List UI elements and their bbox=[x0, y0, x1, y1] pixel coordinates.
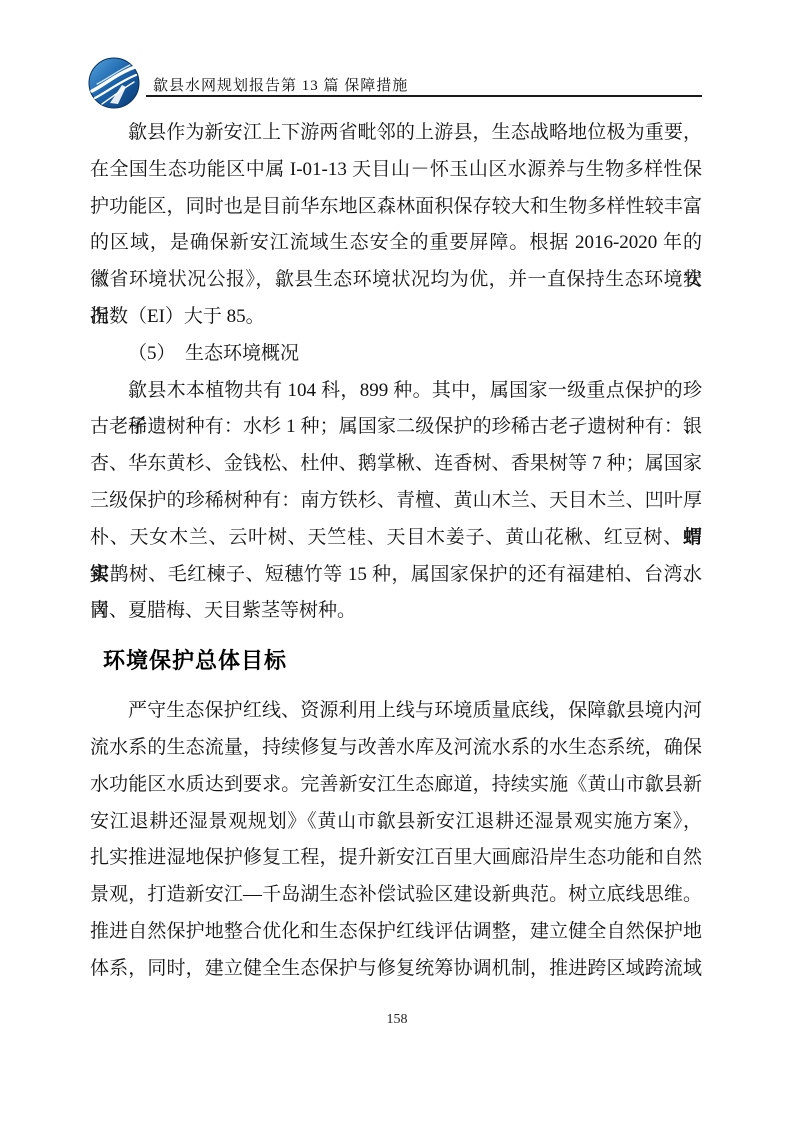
text-line: 歙县木本植物共有 104 科，899 种。其中，属国家一级重点保护的珍稀、 bbox=[90, 373, 702, 410]
text-line: 古老孑遗树种有：水杉 1 种；属国家二级保护的珍稀古老孑遗树种有：银 bbox=[90, 409, 702, 446]
text-line: 银鹊树、毛红楝子、短穗竹等 15 种，属国家保护的还有福建柏、台湾水青 bbox=[90, 557, 702, 594]
list-item-heading: （5） 生态环境概况 bbox=[90, 336, 702, 373]
text-line: 体系，同时，建立健全生态保护与修复统筹协调机制，推进跨区域跨流域 bbox=[90, 951, 702, 988]
page-header: 歙县水网规划报告第 13 篇 保障措施 bbox=[0, 0, 794, 112]
text-line: 推进自然保护地整合优化和生态保护红线评估调整，建立健全自然保护地 bbox=[90, 914, 702, 951]
text-line: 杏、华东黄杉、金钱松、杜仲、鹅掌楸、连香树、香果树等 7 种；属国家 bbox=[90, 446, 702, 483]
text-line: 安江退耕还湿景观规划》《黄山市歙县新安江退耕还湿景观实施方案》， bbox=[90, 804, 702, 841]
page-footer: 158 bbox=[0, 1012, 794, 1028]
text-line: 水功能区水质达到要求。完善新安江生态廊道，持续实施《黄山市歙县新 bbox=[90, 767, 702, 804]
text-line: 护功能区，同时也是目前华东地区森林面积保存较大和生物多样性较丰富 bbox=[90, 189, 702, 226]
text-line: 冈、夏腊梅、天目紫茎等树种。 bbox=[90, 593, 702, 630]
document-body: 歙县作为新安江上下游两省毗邻的上游县，生态战略地位极为重要，在全国生态功能区中属… bbox=[90, 115, 702, 988]
document-page: 歙县水网规划报告第 13 篇 保障措施 歙县作为新安江上下游两省毗邻的上游县，生… bbox=[0, 0, 794, 1122]
text-line: 的区域，是确保新安江流域生态安全的重要屏障。根据 2016-2020 年的《安 bbox=[90, 225, 702, 262]
water-network-logo bbox=[88, 57, 140, 109]
report-header-title: 歙县水网规划报告第 13 篇 保障措施 bbox=[153, 74, 408, 95]
text-line: 徽省环境状况公报》，歙县生态环境状况均为优，并一直保持生态环境状况 bbox=[90, 262, 702, 299]
page-number: 158 bbox=[387, 1012, 408, 1027]
text-line: 歙县作为新安江上下游两省毗邻的上游县，生态战略地位极为重要， bbox=[90, 115, 702, 152]
text-line: 流水系的生态流量，持续修复与改善水库及河流水系的水生态系统，确保 bbox=[90, 730, 702, 767]
text-line: 朴、天女木兰、云叶树、天竺桂、天目木姜子、黄山花楸、红豆树、蝟实、 bbox=[90, 520, 702, 557]
paragraph: 歙县木本植物共有 104 科，899 种。其中，属国家一级重点保护的珍稀、古老孑… bbox=[90, 373, 702, 631]
text-line: 严守生态保护红线、资源利用上线与环境质量底线，保障歙县境内河 bbox=[90, 693, 702, 730]
text-line: 指数（EI）大于 85。 bbox=[90, 299, 702, 336]
header-rule bbox=[146, 95, 702, 97]
section-heading: 环境保护总体目标 bbox=[90, 646, 702, 676]
paragraph: 严守生态保护红线、资源利用上线与环境质量底线，保障歙县境内河流水系的生态流量，持… bbox=[90, 693, 702, 987]
text-line: 三级保护的珍稀树种有：南方铁杉、青檀、黄山木兰、天目木兰、凹叶厚 bbox=[90, 483, 702, 520]
text-line: 扎实推进湿地保护修复工程，提升新安江百里大画廊沿岸生态功能和自然 bbox=[90, 840, 702, 877]
text-line: 在全国生态功能区中属 I-01-13 天目山－怀玉山区水源养与生物多样性保 bbox=[90, 152, 702, 189]
text-line: 景观，打造新安江—千岛湖生态补偿试验区建设新典范。树立底线思维。 bbox=[90, 877, 702, 914]
paragraph: 歙县作为新安江上下游两省毗邻的上游县，生态战略地位极为重要，在全国生态功能区中属… bbox=[90, 115, 702, 336]
